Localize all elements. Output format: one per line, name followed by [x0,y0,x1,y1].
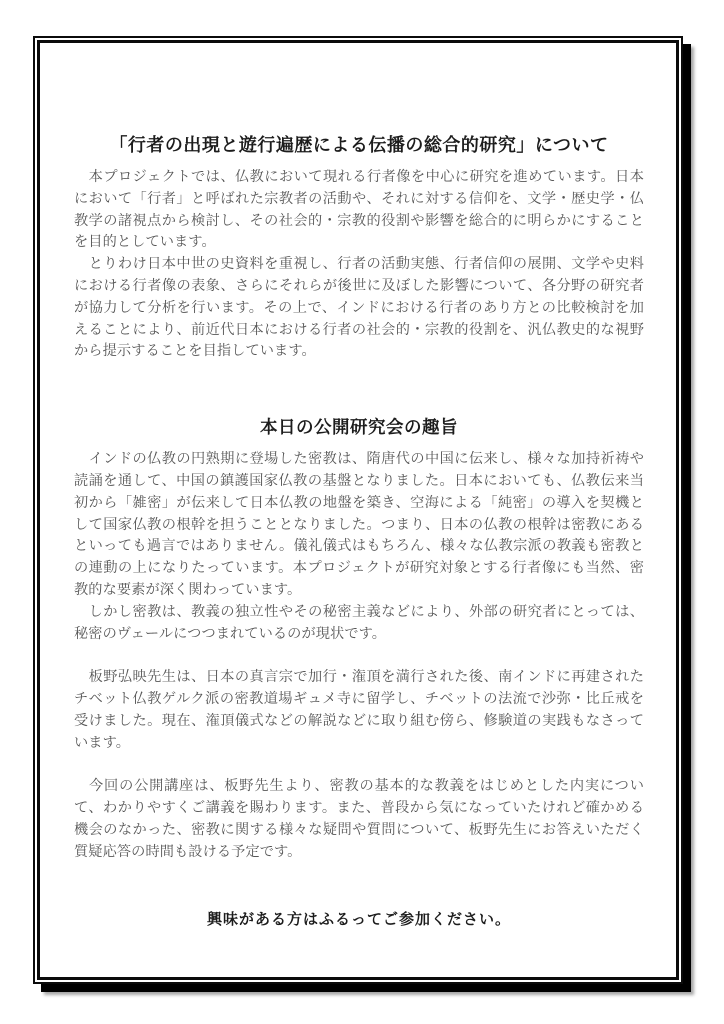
document-sheet: 「行者の出現と遊行遍歴による伝播の総合的研究」について 本プロジェクトでは、仏教… [33,36,683,984]
agenda-paragraph-2: しかし密教は、教義の独立性やその秘密主義などにより、外部の研究者にとっては、秘密… [74,602,644,646]
agenda-paragraph-1: インドの仏教の円熟期に登場した密教は、隋唐代の中国に伝来し、様々な加持祈祷や読誦… [74,449,644,602]
document-title: 「行者の出現と遊行遍歴による伝播の総合的研究」について [74,133,644,157]
agenda-heading: 本日の公開研究会の趣旨 [74,415,644,439]
about-paragraph-2: とりわけ日本中世の史資料を重視し、行者の活動実態、行者信仰の展開、文学や史料にお… [74,254,644,363]
closing-line: 興味がある方はふるってご参加ください。 [74,909,644,931]
agenda-paragraph-4: 今回の公開講座は、板野先生より、密教の基本的な教義をはじめとした内実について、わ… [74,776,644,863]
about-paragraph-1: 本プロジェクトでは、仏教において現れる行者像を中心に研究を進めています。日本にお… [74,167,644,254]
page-background: 「行者の出現と遊行遍歴による伝播の総合的研究」について 本プロジェクトでは、仏教… [0,0,724,1024]
agenda-paragraph-3: 板野弘映先生は、日本の真言宗で加行・潅頂を満行された後、南インドに再建されたチベ… [74,667,644,754]
document-border-inner: 「行者の出現と遊行遍歴による伝播の総合的研究」について 本プロジェクトでは、仏教… [37,40,679,980]
